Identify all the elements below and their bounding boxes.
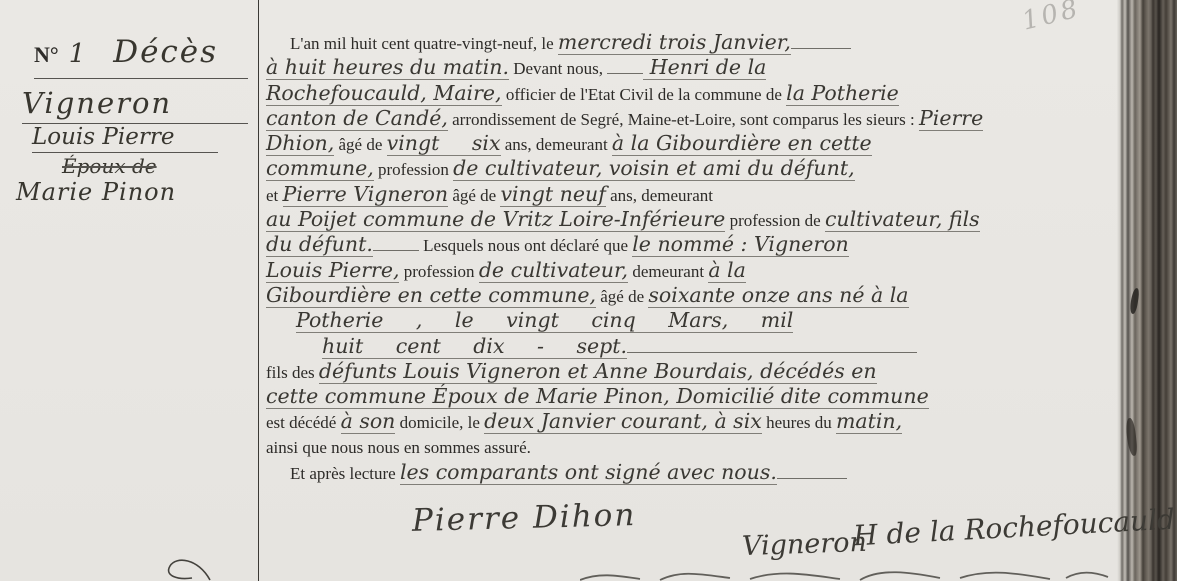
spouse-name: Marie Pinon — [16, 178, 176, 206]
handwritten-text: vingt six — [387, 131, 501, 156]
handwritten-text: matin, — [836, 409, 902, 434]
blank-form-rule — [627, 338, 917, 353]
handwritten-text: Rochefoucauld, Maire, — [266, 81, 502, 106]
act-line: Dhion, âgé de vingt six ans, demeurant à… — [266, 131, 1116, 156]
handwritten-text: vingt neuf — [500, 182, 605, 207]
handwritten-text: à la Gibourdière en cette — [612, 131, 872, 156]
spouse-prefix: Époux de — [62, 154, 157, 178]
printed-form-text: heures du — [762, 413, 836, 432]
handwritten-text: huit cent dix - sept. — [322, 334, 627, 359]
blank-form-rule — [791, 34, 851, 49]
handwritten-text: au Poijet commune de Vritz Loire-Inférie… — [266, 207, 725, 232]
handwritten-text: deux Janvier courant, à six — [484, 409, 762, 434]
handwritten-text: Pierre — [919, 106, 983, 131]
handwritten-text: défunts Louis Vigneron et Anne Bourdais,… — [319, 359, 877, 384]
act-line: Et après lecture les comparants ont sign… — [266, 460, 1116, 485]
signature-vigneron: Vigneron — [741, 527, 867, 562]
deceased-given-names: Louis Pierre — [32, 124, 218, 153]
act-line: ainsi que nous nous en sommes assuré. — [266, 435, 1116, 460]
handwritten-text: Gibourdière en cette commune, — [266, 283, 596, 308]
handwritten-text: mercredi trois Janvier, — [558, 30, 791, 55]
printed-form-text: ans, demeurant — [606, 186, 713, 205]
act-line: à huit heures du matin. Devant nous, Hen… — [266, 55, 1116, 80]
act-line: canton de Candé, arrondissement de Segré… — [266, 106, 1116, 131]
act-line: au Poijet commune de Vritz Loire-Inférie… — [266, 207, 1116, 232]
printed-form-text: demeurant — [628, 262, 708, 281]
handwritten-text: de cultivateur, voisin et ami du défunt, — [453, 156, 855, 181]
cutoff-handwriting-stroke — [580, 566, 1110, 581]
handwritten-text: du défunt. — [266, 232, 373, 257]
handwritten-text: commune, — [266, 156, 374, 181]
handwritten-text: Pierre Vigneron — [283, 182, 449, 207]
act-line: huit cent dix - sept. — [266, 334, 1116, 359]
printed-form-text: L'an mil huit cent quatre-vingt-neuf, le — [290, 34, 558, 53]
register-page: 108 N° 1 Décès Vigneron Louis Pierre Épo… — [0, 0, 1177, 581]
blank-form-rule — [373, 237, 419, 252]
printed-form-text: domicile, le — [395, 413, 484, 432]
handwritten-text: les comparants ont signé avec nous. — [400, 460, 777, 485]
handwritten-text: soixante onze ans né à la — [648, 283, 908, 308]
deceased-surname: Vigneron — [22, 86, 248, 124]
blank-form-rule — [607, 60, 643, 75]
handwritten-text: à son — [341, 409, 396, 434]
handwritten-text: le nommé : Vigneron — [632, 232, 849, 257]
act-line: Potherie , le vingt cinq Mars, mil — [266, 308, 1116, 333]
printed-form-text: Et après lecture — [290, 464, 400, 483]
blank-form-rule — [777, 464, 847, 479]
signature-pierre-dihon: Pierre Dihon — [412, 497, 637, 539]
act-line: Rochefoucauld, Maire, officier de l'Etat… — [266, 81, 1116, 106]
printed-form-text: ainsi que nous nous en sommes assuré. — [266, 438, 531, 457]
record-number: 1 — [69, 39, 86, 69]
handwritten-text: Louis Pierre, — [266, 258, 399, 283]
record-number-label: N° — [34, 42, 59, 67]
margin-column: N° 1 Décès Vigneron Louis Pierre Époux d… — [0, 0, 258, 581]
printed-form-text: profession — [399, 262, 478, 281]
act-line: commune, profession de cultivateur, vois… — [266, 156, 1116, 181]
record-type: Décès — [113, 34, 218, 70]
margin-divider-line — [258, 0, 259, 581]
handwritten-text: la Potherie — [786, 81, 899, 106]
printed-form-text: âgé de — [334, 135, 386, 154]
printed-form-text: Devant nous, — [509, 59, 607, 78]
act-line: Gibourdière en cette commune, âgé de soi… — [266, 283, 1116, 308]
handwritten-text: à la — [708, 258, 746, 283]
act-line: cette commune Époux de Marie Pinon, Domi… — [266, 384, 1116, 409]
printed-form-text: âgé de — [448, 186, 500, 205]
act-line: du défunt. Lesquels nous ont déclaré que… — [266, 232, 1116, 257]
record-header-row: N° 1 Décès — [34, 34, 248, 79]
act-line: Louis Pierre, profession de cultivateur,… — [266, 258, 1116, 283]
handwritten-text: à huit heures du matin. — [266, 55, 509, 80]
printed-form-text: est décédé — [266, 413, 341, 432]
handwritten-text: cultivateur, fils — [825, 207, 980, 232]
act-line: et Pierre Vigneron âgé de vingt neuf ans… — [266, 182, 1116, 207]
printed-form-text: Lesquels nous ont déclaré que — [419, 236, 632, 255]
act-line: L'an mil huit cent quatre-vingt-neuf, le… — [266, 30, 1116, 55]
printed-form-text: et — [266, 186, 283, 205]
printed-form-text: ans, demeurant — [501, 135, 612, 154]
handwritten-text: cette commune Époux de Marie Pinon, Domi… — [266, 384, 929, 409]
act-body: L'an mil huit cent quatre-vingt-neuf, le… — [266, 30, 1116, 485]
printed-form-text: arrondissement de Segré, Maine-et-Loire,… — [448, 110, 919, 129]
act-line: est décédé à son domicile, le deux Janvi… — [266, 409, 1116, 434]
printed-form-text: âgé de — [596, 287, 648, 306]
handwritten-text: de cultivateur, — [479, 258, 628, 283]
handwritten-text: Dhion, — [266, 131, 334, 156]
cutoff-handwriting-stroke — [148, 556, 243, 581]
printed-form-text: fils des — [266, 363, 319, 382]
printed-form-text: profession — [374, 160, 453, 179]
act-line: fils des défunts Louis Vigneron et Anne … — [266, 359, 1116, 384]
book-binding-edge — [1117, 0, 1177, 581]
printed-form-text: officier de l'Etat Civil de la commune d… — [502, 85, 787, 104]
handwritten-text: Henri de la — [643, 55, 766, 80]
handwritten-text: Potherie , le vingt cinq Mars, mil — [296, 308, 793, 333]
printed-form-text: profession de — [725, 211, 825, 230]
handwritten-text: canton de Candé, — [266, 106, 448, 131]
